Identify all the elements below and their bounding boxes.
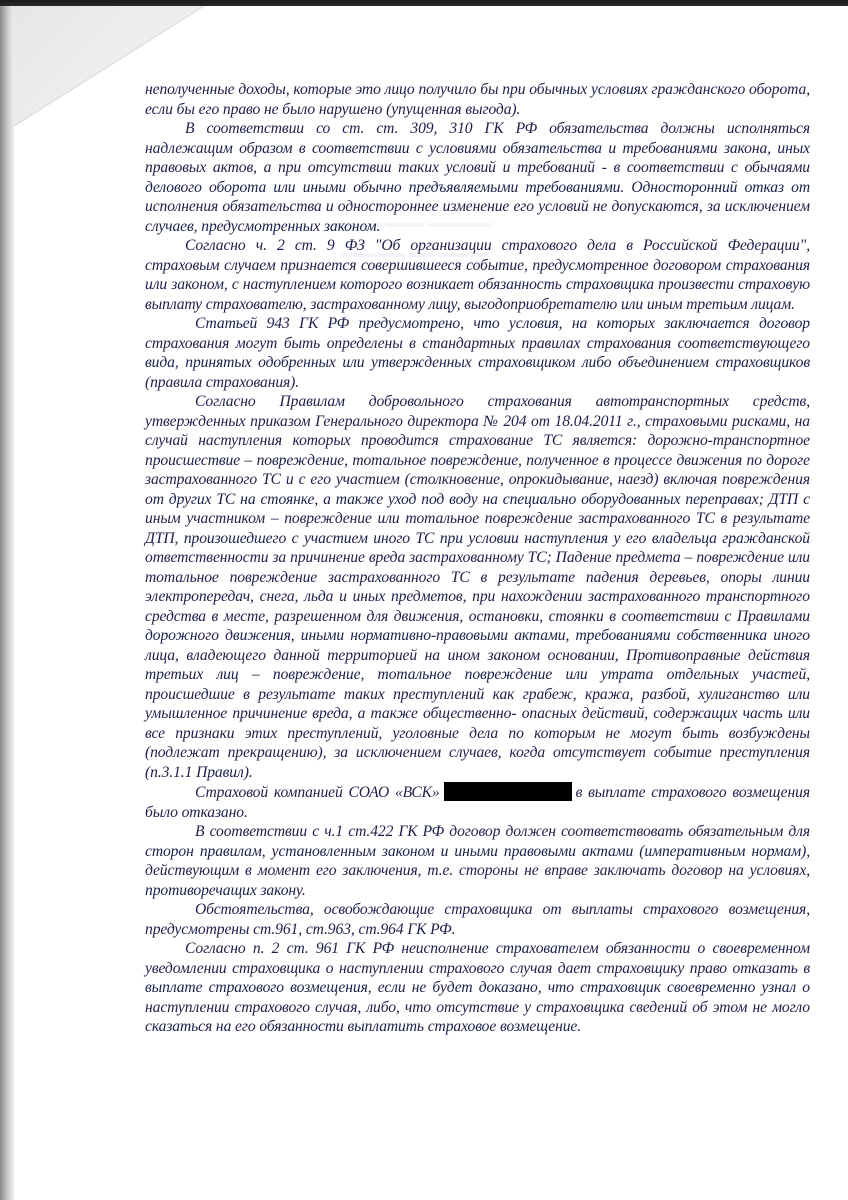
paragraph-exemption-circumstances: Обстоятельства, освобождающие страховщик… [145,900,810,939]
document-body: неполученные доходы, которые это лицо по… [145,80,810,1037]
paragraph-art-961: Согласно п. 2 ст. 961 ГК РФ неисполнение… [145,939,810,1037]
paragraph-art-943: Статьей 943 ГК РФ предусмотрено, что усл… [145,314,810,392]
scan-left-edge [0,6,14,1200]
refusal-text-before: Страховой компанией СОАО «ВСК» [195,784,440,801]
paragraph-art-309-310: В соответствии со ст. ст. 309, 310 ГК РФ… [145,119,810,236]
redaction-block [444,782,572,801]
paragraph-insurer-refusal: Страховой компанией СОАО «ВСК»в выплате … [145,782,810,822]
paragraph-insurance-rules-risks: Согласно Правилам добровольного страхова… [145,392,810,782]
paragraph-art-422: В соответствии с ч.1 ст.422 ГК РФ догово… [145,822,810,900]
paragraph-insurance-law-art-9: Согласно ч. 2 ст. 9 ФЗ "Об организации с… [145,236,810,314]
scanned-page: ▬▬▬▬ ▬▬▬ ▬▬▬▬▬ ▬▬▬▬▬ ▬▬ ▬▬▬▬ неполученны… [0,0,848,1200]
paragraph-lost-income: неполученные доходы, которые это лицо по… [145,80,810,119]
